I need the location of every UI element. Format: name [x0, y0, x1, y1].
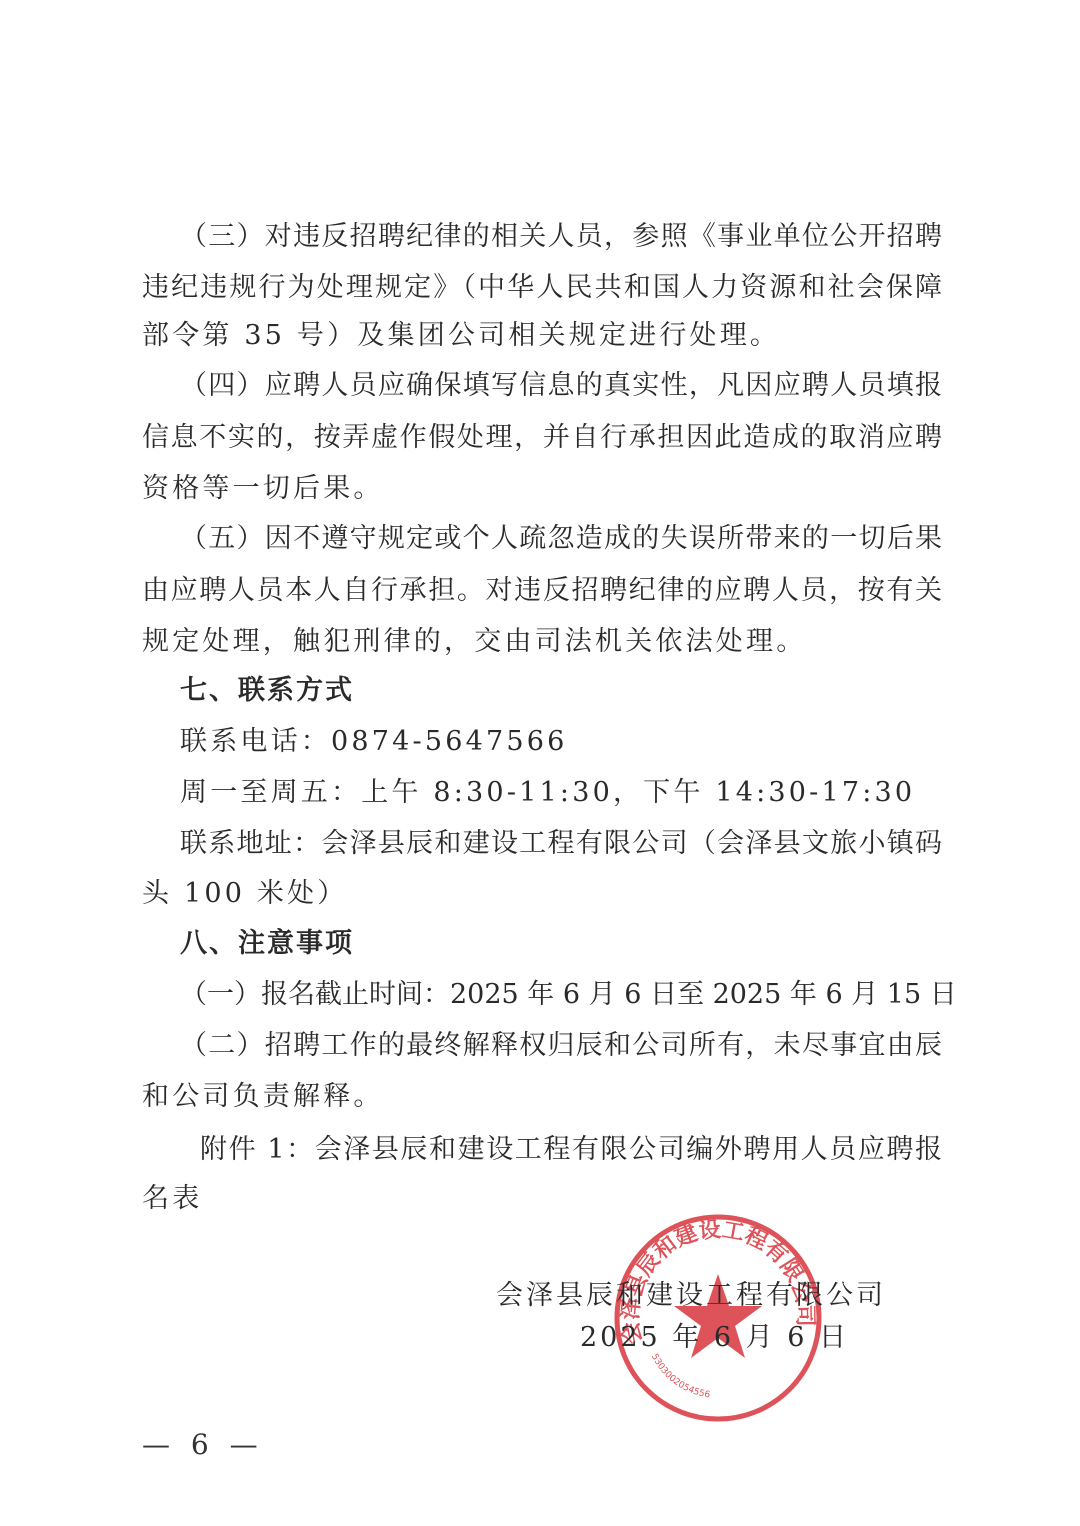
paragraph-item-3-line-2: 违纪违规行为处理规定》（中华人民共和国人力资源和社会保障 [142, 270, 942, 306]
paragraph-item-4-line-2: 信息不实的，按弄虚作假处理，并自行承担因此造成的取消应聘 [142, 420, 942, 456]
signature-date: 2025 年 6 月 6 日 [580, 1320, 849, 1356]
attachment-line-1: 附件 1：会泽县辰和建设工程有限公司编外聘用人员应聘报 [200, 1132, 942, 1168]
notes-item-1: （一）报名截止时间：2025 年 6 月 6 日至 2025 年 6 月 15 … [180, 977, 942, 1013]
paragraph-item-5-line-2: 由应聘人员本人自行承担。对违反招聘纪律的应聘人员，按有关 [142, 573, 942, 609]
page-number: — 6 — [142, 1428, 264, 1461]
section-heading-notes: 八、注意事项 [180, 926, 980, 962]
notes-item-2-line-2: 和公司负责解释。 [142, 1079, 942, 1115]
paragraph-item-3-line-1: （三）对违反招聘纪律的相关人员，参照《事业单位公开招聘 [180, 219, 942, 255]
document-page: （三）对违反招聘纪律的相关人员，参照《事业单位公开招聘 违纪违规行为处理规定》（… [0, 0, 1080, 1526]
paragraph-item-5-line-3: 规定处理，触犯刑律的，交由司法机关依法处理。 [142, 624, 942, 660]
contact-address-line-1: 联系地址：会泽县辰和建设工程有限公司（会泽县文旅小镇码 [180, 826, 942, 862]
paragraph-item-5-line-1: （五）因不遵守规定或个人疏忽造成的失误所带来的一切后果 [180, 521, 942, 557]
contact-phone: 联系电话：0874-5647566 [180, 724, 980, 760]
contact-hours: 周一至周五：上午 8:30-11:30，下午 14:30-17:30 [180, 775, 980, 811]
paragraph-item-3-line-3: 部令第 35 号）及集团公司相关规定进行处理。 [142, 318, 942, 354]
paragraph-item-4-line-1: （四）应聘人员应确保填写信息的真实性，凡因应聘人员填报 [180, 368, 942, 404]
paragraph-item-4-line-3: 资格等一切后果。 [142, 471, 942, 507]
svg-text:5303002054556: 5303002054556 [649, 1352, 711, 1400]
notes-item-2-line-1: （二）招聘工作的最终解释权归辰和公司所有，未尽事宜由辰 [180, 1028, 942, 1064]
signature-company: 会泽县辰和建设工程有限公司 [496, 1278, 886, 1314]
contact-address-line-2: 头 100 米处） [142, 876, 942, 912]
section-heading-contact: 七、联系方式 [180, 673, 980, 709]
official-seal-stamp: 会泽县辰和建设工程有限公司 5303002054556 [612, 1212, 824, 1424]
